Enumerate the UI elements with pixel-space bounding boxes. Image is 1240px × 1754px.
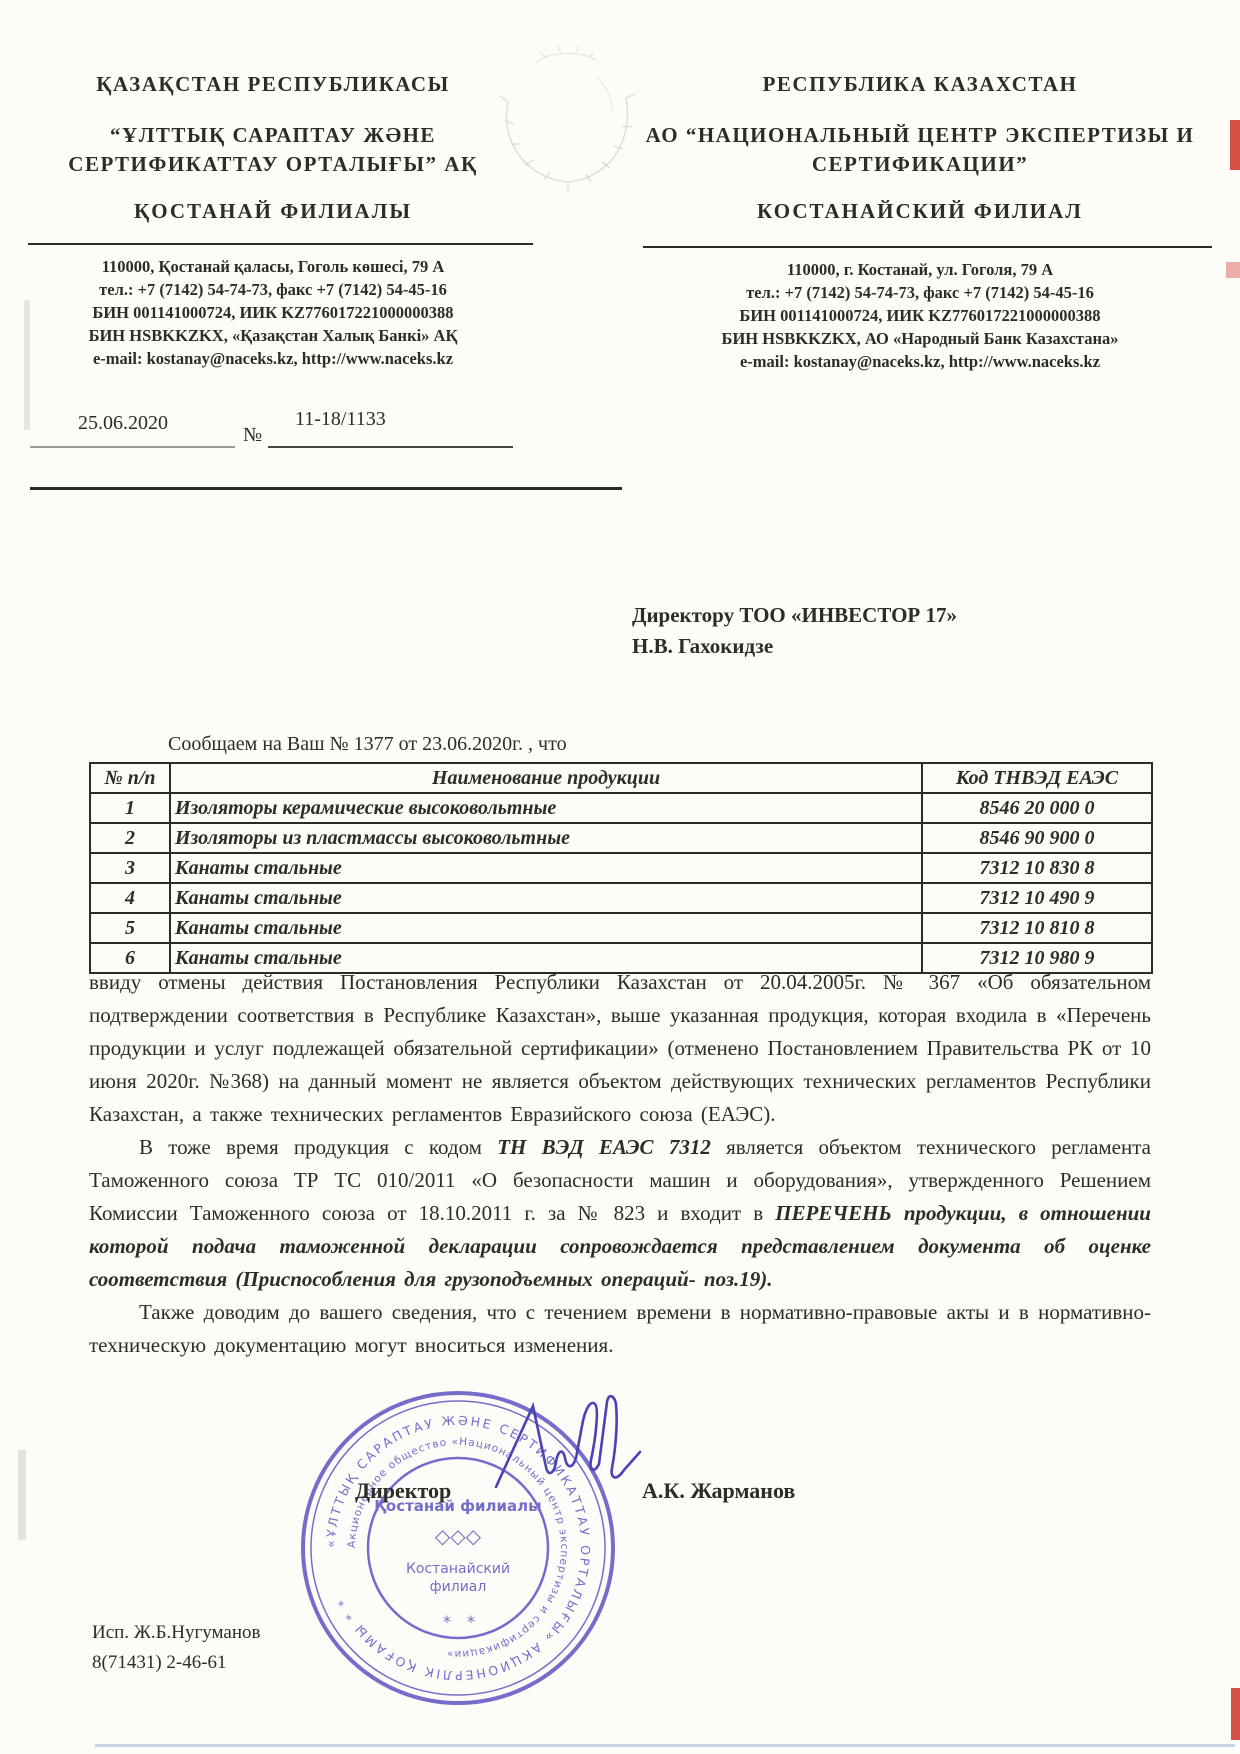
letterhead-left: ҚАЗАҚСТАН РЕСПУБЛИКАСЫ “ҰЛТТЫҚ САРАПТАУ … bbox=[38, 72, 508, 224]
cell-name: Изоляторы из пластмассы высоковольтные bbox=[170, 823, 922, 853]
paragraph-3: Также доводим до вашего сведения, что с … bbox=[89, 1296, 1151, 1362]
cell-num: 5 bbox=[90, 913, 170, 943]
contact-line: 110000, г. Костанай, ул. Гоголя, 79 А bbox=[640, 258, 1200, 281]
executor-phone: 8(71431) 2-46-61 bbox=[92, 1648, 261, 1678]
product-table: № п/п Наименование продукции Код ТНВЭД Е… bbox=[89, 762, 1153, 974]
letterhead-right-country: РЕСПУБЛИКА КАЗАХСТАН bbox=[640, 72, 1200, 97]
header-rule-left bbox=[28, 243, 533, 245]
wheat-wreath-emblem bbox=[478, 40, 653, 215]
paragraph-1: ввиду отмены действия Постановления Респ… bbox=[89, 966, 1151, 1131]
contact-line: БИН HSBKKZKX, «Қазақстан Халық Банкі» АҚ bbox=[38, 324, 508, 347]
contacts-left: 110000, Қостанай қаласы, Гоголь көшесі, … bbox=[38, 255, 508, 370]
cell-num: 4 bbox=[90, 883, 170, 913]
letterhead-left-org: “ҰЛТТЫҚ САРАПТАУ ЖӘНЕ СЕРТИФИКАТТАУ ОРТА… bbox=[38, 121, 508, 179]
col-header-num: № п/п bbox=[90, 763, 170, 793]
contact-line: e-mail: kostanay@naceks.kz, http://www.n… bbox=[640, 350, 1200, 373]
contact-line: 110000, Қостанай қаласы, Гоголь көшесі, … bbox=[38, 255, 508, 278]
contact-line: e-mail: kostanay@naceks.kz, http://www.n… bbox=[38, 347, 508, 370]
stamp-center-line3: филиал bbox=[430, 1579, 487, 1595]
paragraph-2: В тоже время продукция с кодом ТН ВЭД ЕА… bbox=[89, 1131, 1151, 1296]
cell-code: 7312 10 490 9 bbox=[922, 883, 1152, 913]
cell-code: 7312 10 830 8 bbox=[922, 853, 1152, 883]
cell-name: Изоляторы керамические высоковольтные bbox=[170, 793, 922, 823]
addressee-line2: Н.В. Гахокидзе bbox=[632, 631, 957, 662]
executor-block: Исп. Ж.Б.Нугуманов 8(71431) 2-46-61 bbox=[92, 1618, 261, 1678]
table-row: 2 Изоляторы из пластмассы высоковольтные… bbox=[90, 823, 1152, 853]
contact-line: БИН HSBKKZKX, АО «Народный Банк Казахста… bbox=[640, 327, 1200, 350]
table-row: 3 Канаты стальные 7312 10 830 8 bbox=[90, 853, 1152, 883]
contact-line: тел.: +7 (7142) 54-74-73, факс +7 (7142)… bbox=[640, 281, 1200, 304]
table-row: 5 Канаты стальные 7312 10 810 8 bbox=[90, 913, 1152, 943]
scan-artifact-gray bbox=[18, 1450, 26, 1540]
letterhead-left-branch: ҚОСТАНАЙ ФИЛИАЛЫ bbox=[38, 199, 508, 224]
cell-name: Канаты стальные bbox=[170, 853, 922, 883]
letterhead-left-country: ҚАЗАҚСТАН РЕСПУБЛИКАСЫ bbox=[38, 72, 508, 97]
number-underline bbox=[268, 446, 513, 448]
letterhead-right: РЕСПУБЛИКА КАЗАХСТАН АО “НАЦИОНАЛЬНЫЙ ЦЕ… bbox=[640, 72, 1200, 224]
col-header-name: Наименование продукции bbox=[170, 763, 922, 793]
header-rule-right bbox=[643, 246, 1212, 248]
signatory-title: Директор bbox=[355, 1478, 451, 1504]
col-header-code: Код ТНВЭД ЕАЭС bbox=[922, 763, 1152, 793]
reference-rule bbox=[30, 487, 622, 490]
cell-code: 8546 20 000 0 bbox=[922, 793, 1152, 823]
cell-name: Канаты стальные bbox=[170, 913, 922, 943]
contacts-right: 110000, г. Костанай, ул. Гоголя, 79 А те… bbox=[640, 258, 1200, 373]
letter-body: ввиду отмены действия Постановления Респ… bbox=[89, 966, 1151, 1362]
addressee-block: Директору ТОО «ИНВЕСТОР 17» Н.В. Гахокид… bbox=[632, 600, 957, 662]
table-row: 1 Изоляторы керамические высоковольтные … bbox=[90, 793, 1152, 823]
date-underline bbox=[30, 446, 235, 448]
cell-code: 7312 10 810 8 bbox=[922, 913, 1152, 943]
scanned-letter-page: ҚАЗАҚСТАН РЕСПУБЛИКАСЫ “ҰЛТТЫҚ САРАПТАУ … bbox=[0, 0, 1240, 1754]
addressee-line1: Директору ТОО «ИНВЕСТОР 17» bbox=[632, 600, 957, 631]
table-header-row: № п/п Наименование продукции Код ТНВЭД Е… bbox=[90, 763, 1152, 793]
number-label: № bbox=[243, 424, 262, 447]
stamp-diamonds-icon: ◇◇◇ bbox=[435, 1524, 482, 1548]
stamp-star-icon: * bbox=[467, 1612, 475, 1631]
stamp-star-icon: * bbox=[443, 1612, 451, 1631]
cell-code: 8546 90 900 0 bbox=[922, 823, 1152, 853]
p2-code-ref: ТН ВЭД ЕАЭС 7312 bbox=[497, 1135, 711, 1159]
letterhead-right-org: АО “НАЦИОНАЛЬНЫЙ ЦЕНТР ЭКСПЕРТИЗЫ И СЕРТ… bbox=[640, 121, 1200, 179]
letter-date: 25.06.2020 bbox=[78, 412, 168, 435]
stamp-center-line2: Костанайский bbox=[406, 1561, 510, 1577]
letterhead-right-branch: КОСТАНАЙСКИЙ ФИЛИАЛ bbox=[640, 199, 1200, 224]
contact-line: БИН 001141000724, ИИК KZ7760172210000003… bbox=[38, 301, 508, 324]
executor-name: Исп. Ж.Б.Нугуманов bbox=[92, 1618, 261, 1648]
handwritten-signature bbox=[488, 1392, 658, 1502]
scan-artifact-pink bbox=[1226, 262, 1240, 278]
scan-artifact-red bbox=[1230, 120, 1240, 170]
cell-name: Канаты стальные bbox=[170, 883, 922, 913]
signatory-name: А.К. Жарманов bbox=[642, 1478, 795, 1504]
cell-num: 1 bbox=[90, 793, 170, 823]
table-row: 4 Канаты стальные 7312 10 490 9 bbox=[90, 883, 1152, 913]
cell-num: 2 bbox=[90, 823, 170, 853]
scan-artifact-bottom-line bbox=[95, 1744, 1235, 1747]
scan-artifact-gray bbox=[24, 300, 30, 430]
cell-num: 3 bbox=[90, 853, 170, 883]
letter-number: 11-18/1133 bbox=[295, 408, 386, 431]
scan-artifact-red bbox=[1231, 1688, 1240, 1740]
intro-line: Сообщаем на Ваш № 1377 от 23.06.2020г. ,… bbox=[168, 733, 567, 756]
p2-text: В тоже время продукция с кодом bbox=[139, 1135, 497, 1159]
contact-line: тел.: +7 (7142) 54-74-73, факс +7 (7142)… bbox=[38, 278, 508, 301]
contact-line: БИН 001141000724, ИИК KZ7760172210000003… bbox=[640, 304, 1200, 327]
